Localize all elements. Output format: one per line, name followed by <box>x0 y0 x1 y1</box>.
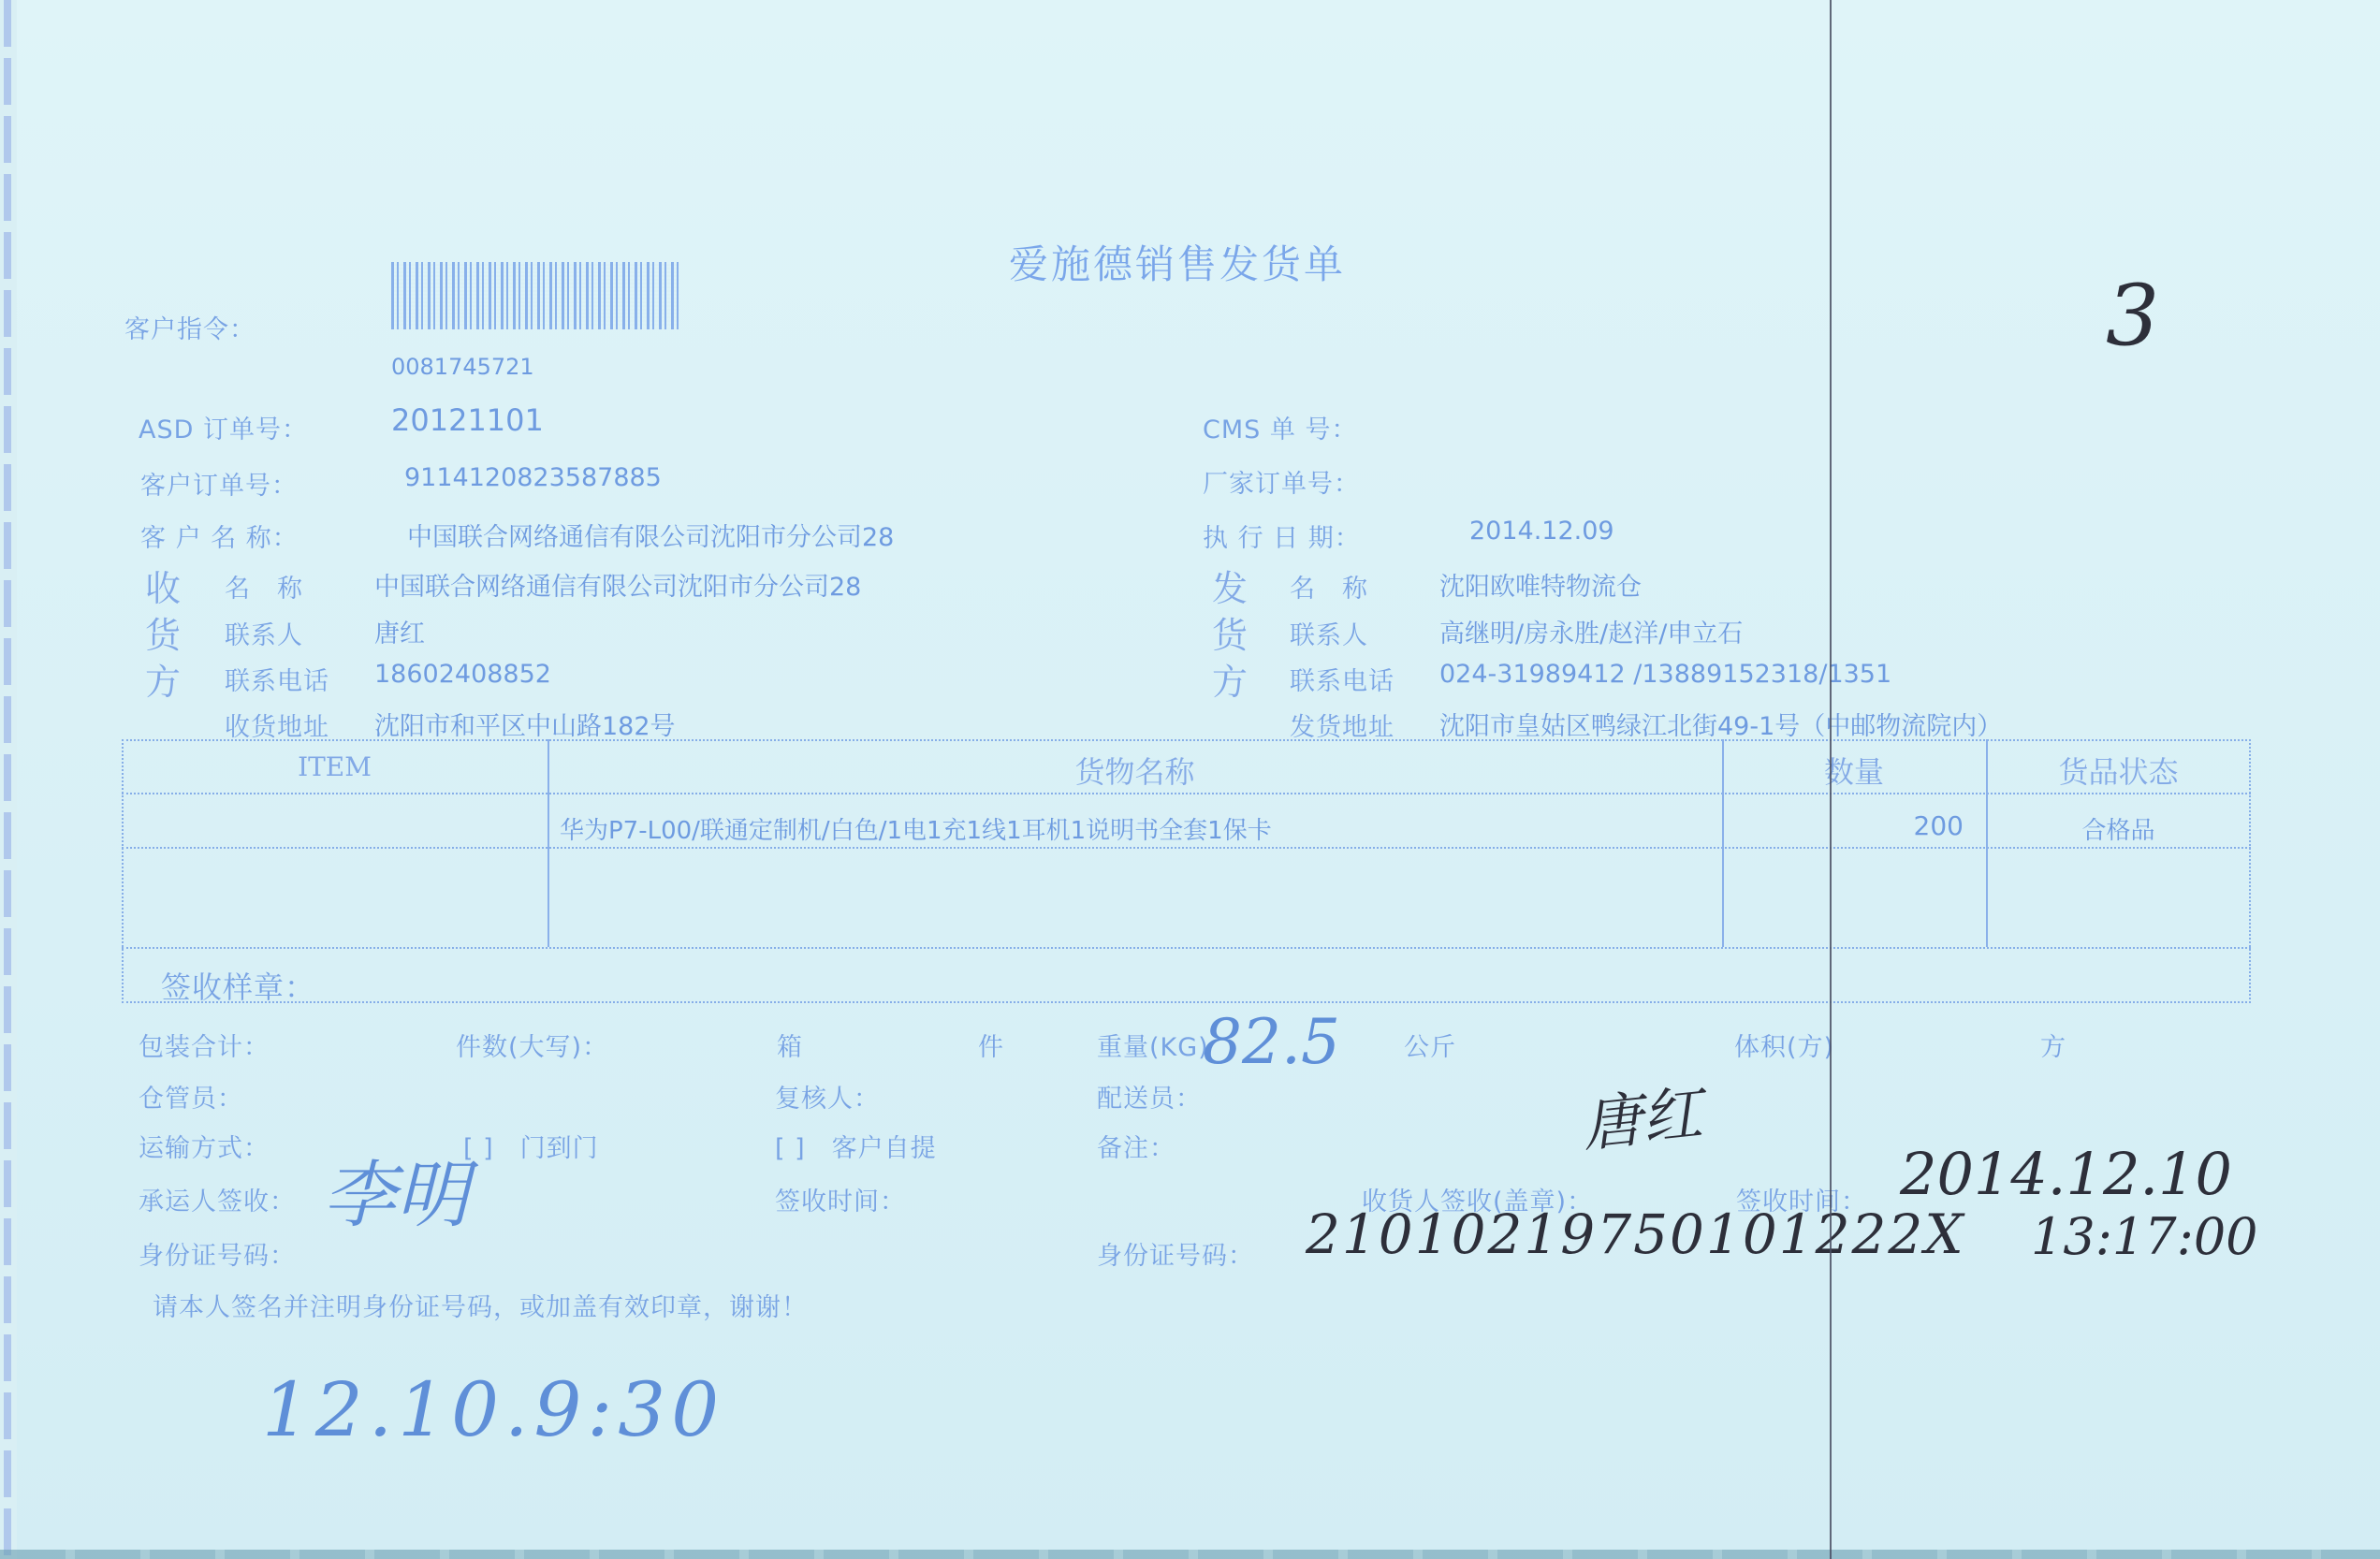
consignee-address-label: 收货地址 <box>225 707 329 743</box>
shipper-contact-value: 高继明/房永胜/赵洋/申立石 <box>1439 613 1743 649</box>
pen-line <box>1830 0 1832 1559</box>
consignee-contact-value: 唐红 <box>374 613 425 649</box>
deliverer-label: 配送员： <box>1097 1078 1202 1115</box>
page-mark: 3 <box>2106 267 2159 365</box>
warehouse-keeper-label: 仓管员： <box>139 1078 243 1115</box>
table-header-divider <box>122 793 2251 794</box>
shipper-side-char-2: 货 <box>1212 606 1248 658</box>
paper-bottom-edge <box>0 1550 2380 1559</box>
package-total-label: 包装合计： <box>139 1027 270 1063</box>
shipper-address-value: 沈阳市皇姑区鸭绿江北街49-1号（中邮物流院内） <box>1439 706 2002 742</box>
table-body-bottom <box>122 947 2251 949</box>
consignee-phone-value: 18602408852 <box>374 660 551 689</box>
transport-mode-label: 运输方式： <box>139 1128 270 1164</box>
consignee-side-char-1: 收 <box>145 560 181 611</box>
shipper-side-char-1: 发 <box>1212 560 1248 611</box>
execution-date-value: 2014.12.09 <box>1469 517 1614 546</box>
column-header-quantity: 数量 <box>1722 749 1986 792</box>
receiver-sign-date: 2014.12.10 <box>1900 1140 2232 1208</box>
weight-label: 重量(KG) <box>1097 1027 1209 1063</box>
customer-order-label: 客户订单号： <box>140 465 298 502</box>
carrier-id-label: 身份证号码： <box>139 1235 296 1272</box>
shipper-name-label: 名 称 <box>1290 568 1368 605</box>
weight-value: 82.5 <box>1203 1006 1340 1078</box>
column-header-item: ITEM <box>122 751 548 782</box>
transport-option-self-pickup[interactable]: [ ] 客户自提 <box>775 1128 937 1164</box>
factory-order-label: 厂家订单号： <box>1203 463 1360 500</box>
customer-order-value: 9114120823587885 <box>404 463 662 492</box>
signature-notice: 请本人签名并注明身份证号码，或加盖有效印章，谢谢！ <box>153 1287 808 1323</box>
consignee-name-label: 名 称 <box>225 568 303 605</box>
document-title: 爱施德销售发货单 <box>1009 234 1346 290</box>
column-header-name: 货物名称 <box>548 749 1722 792</box>
consignee-contact-label: 联系人 <box>225 615 303 651</box>
pieces-uppercase-label: 件数(大写)： <box>456 1027 608 1063</box>
shipper-side-char-3: 方 <box>1212 653 1248 705</box>
customer-name-value: 中国联合网络通信有限公司沈阳市分公司28 <box>407 517 894 553</box>
cms-no-label: CMS 单 号： <box>1203 409 1357 445</box>
weight-unit: 公斤 <box>1404 1027 1456 1063</box>
shipper-name-value: 沈阳欧唯特物流仓 <box>1439 566 1642 603</box>
receiver-signature: 唐红 <box>1578 1066 1706 1164</box>
barcode-number: 0081745721 <box>391 354 534 380</box>
handwritten-note: 12.10.9:30 <box>262 1366 724 1453</box>
shipper-phone-label: 联系电话 <box>1290 661 1394 697</box>
reviewer-label: 复核人： <box>775 1078 880 1115</box>
volume-label: 体积(方) <box>1734 1027 1834 1063</box>
shipper-contact-label: 联系人 <box>1290 615 1368 651</box>
row-1-name: 华为P7-L00/联通定制机/白色/1电1充1线1耳机1说明书全套1保卡 <box>560 811 1272 846</box>
consignee-name-value: 中国联合网络通信有限公司沈阳市分公司28 <box>374 566 861 603</box>
transport-option-door-to-door[interactable]: [ ] 门到门 <box>463 1128 599 1164</box>
receiver-sign-time: 13:17:00 <box>2031 1207 2258 1266</box>
row-1-status: 合格品 <box>1986 811 2251 846</box>
execution-date-label: 执 行 日 期： <box>1203 517 1361 554</box>
shipper-phone-value: 024-31989412 /13889152318/1351 <box>1439 660 1891 689</box>
column-header-status: 货品状态 <box>1986 749 2251 792</box>
carrier-signature: 李明 <box>323 1137 469 1242</box>
piece-unit: 件 <box>978 1027 1004 1063</box>
customer-name-label: 客 户 名 称： <box>140 517 299 554</box>
table-row-divider <box>122 847 2251 849</box>
asd-order-label: ASD 订单号： <box>139 409 308 445</box>
barcode <box>391 262 679 329</box>
consignee-side-char-3: 方 <box>145 653 181 705</box>
asd-order-value: 20121101 <box>391 402 544 438</box>
row-1-quantity: 200 <box>1722 810 1964 841</box>
volume-unit: 方 <box>2040 1027 2066 1063</box>
perforated-edge <box>4 0 11 1559</box>
carrier-sign-time-label: 签收时间： <box>775 1181 906 1217</box>
customer-instruction-label: 客户指令： <box>124 309 256 345</box>
box-unit: 箱 <box>777 1027 803 1063</box>
carrier-sign-label: 承运人签收： <box>139 1181 296 1217</box>
receiver-id-value: 21010219750101222X <box>1306 1202 1965 1266</box>
consignee-side-char-2: 货 <box>145 606 181 658</box>
consignee-phone-label: 联系电话 <box>225 661 329 697</box>
receiver-id-label: 身份证号码： <box>1097 1235 1254 1272</box>
stamp-label: 签收样章： <box>161 964 315 1007</box>
shipper-address-label: 发货地址 <box>1290 707 1394 743</box>
consignee-address-value: 沈阳市和平区中山路182号 <box>374 706 676 742</box>
remarks-label: 备注： <box>1097 1128 1175 1164</box>
